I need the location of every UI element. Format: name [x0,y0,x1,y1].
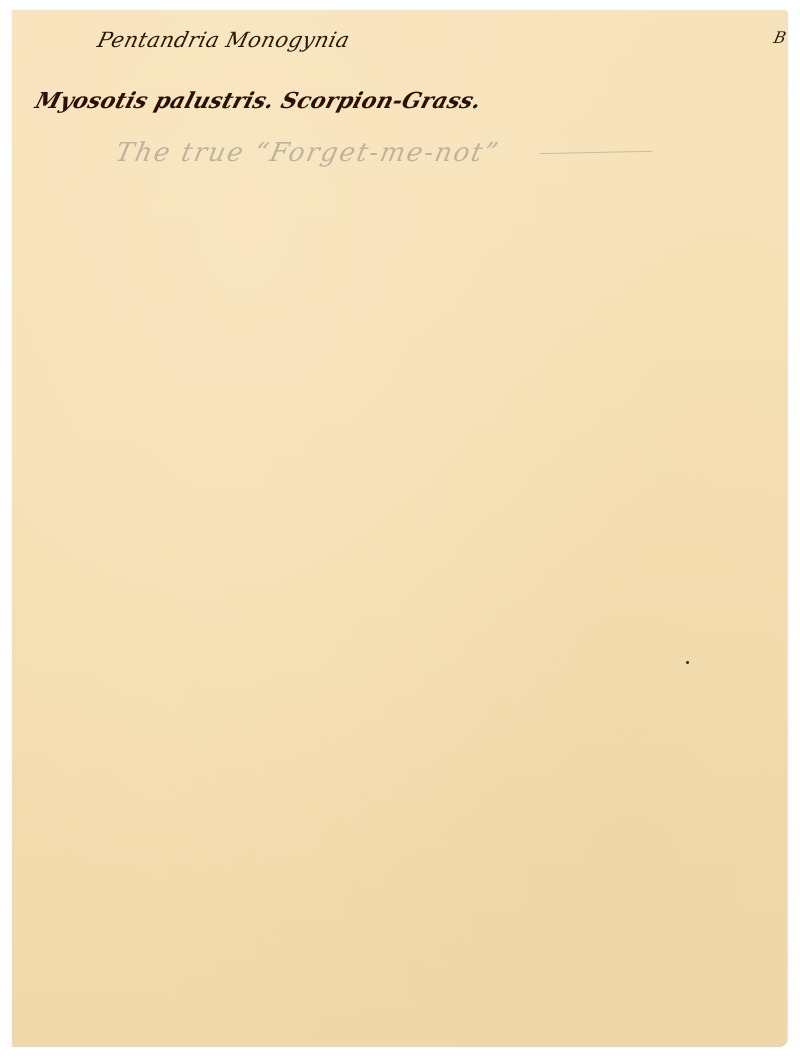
herbarium-card: B Pentandria Monogynia Myosotis palustri… [12,10,787,1046]
pencil-annotation: The true “Forget-me-not” [113,138,503,168]
corner-letter-mark: B [772,28,788,47]
paper-speck [686,661,689,664]
species-name-line: Myosotis palustris. Scorpion-Grass. [32,88,484,114]
pencil-dash-stroke [540,151,652,154]
classification-line: Pentandria Monogynia [95,28,352,52]
